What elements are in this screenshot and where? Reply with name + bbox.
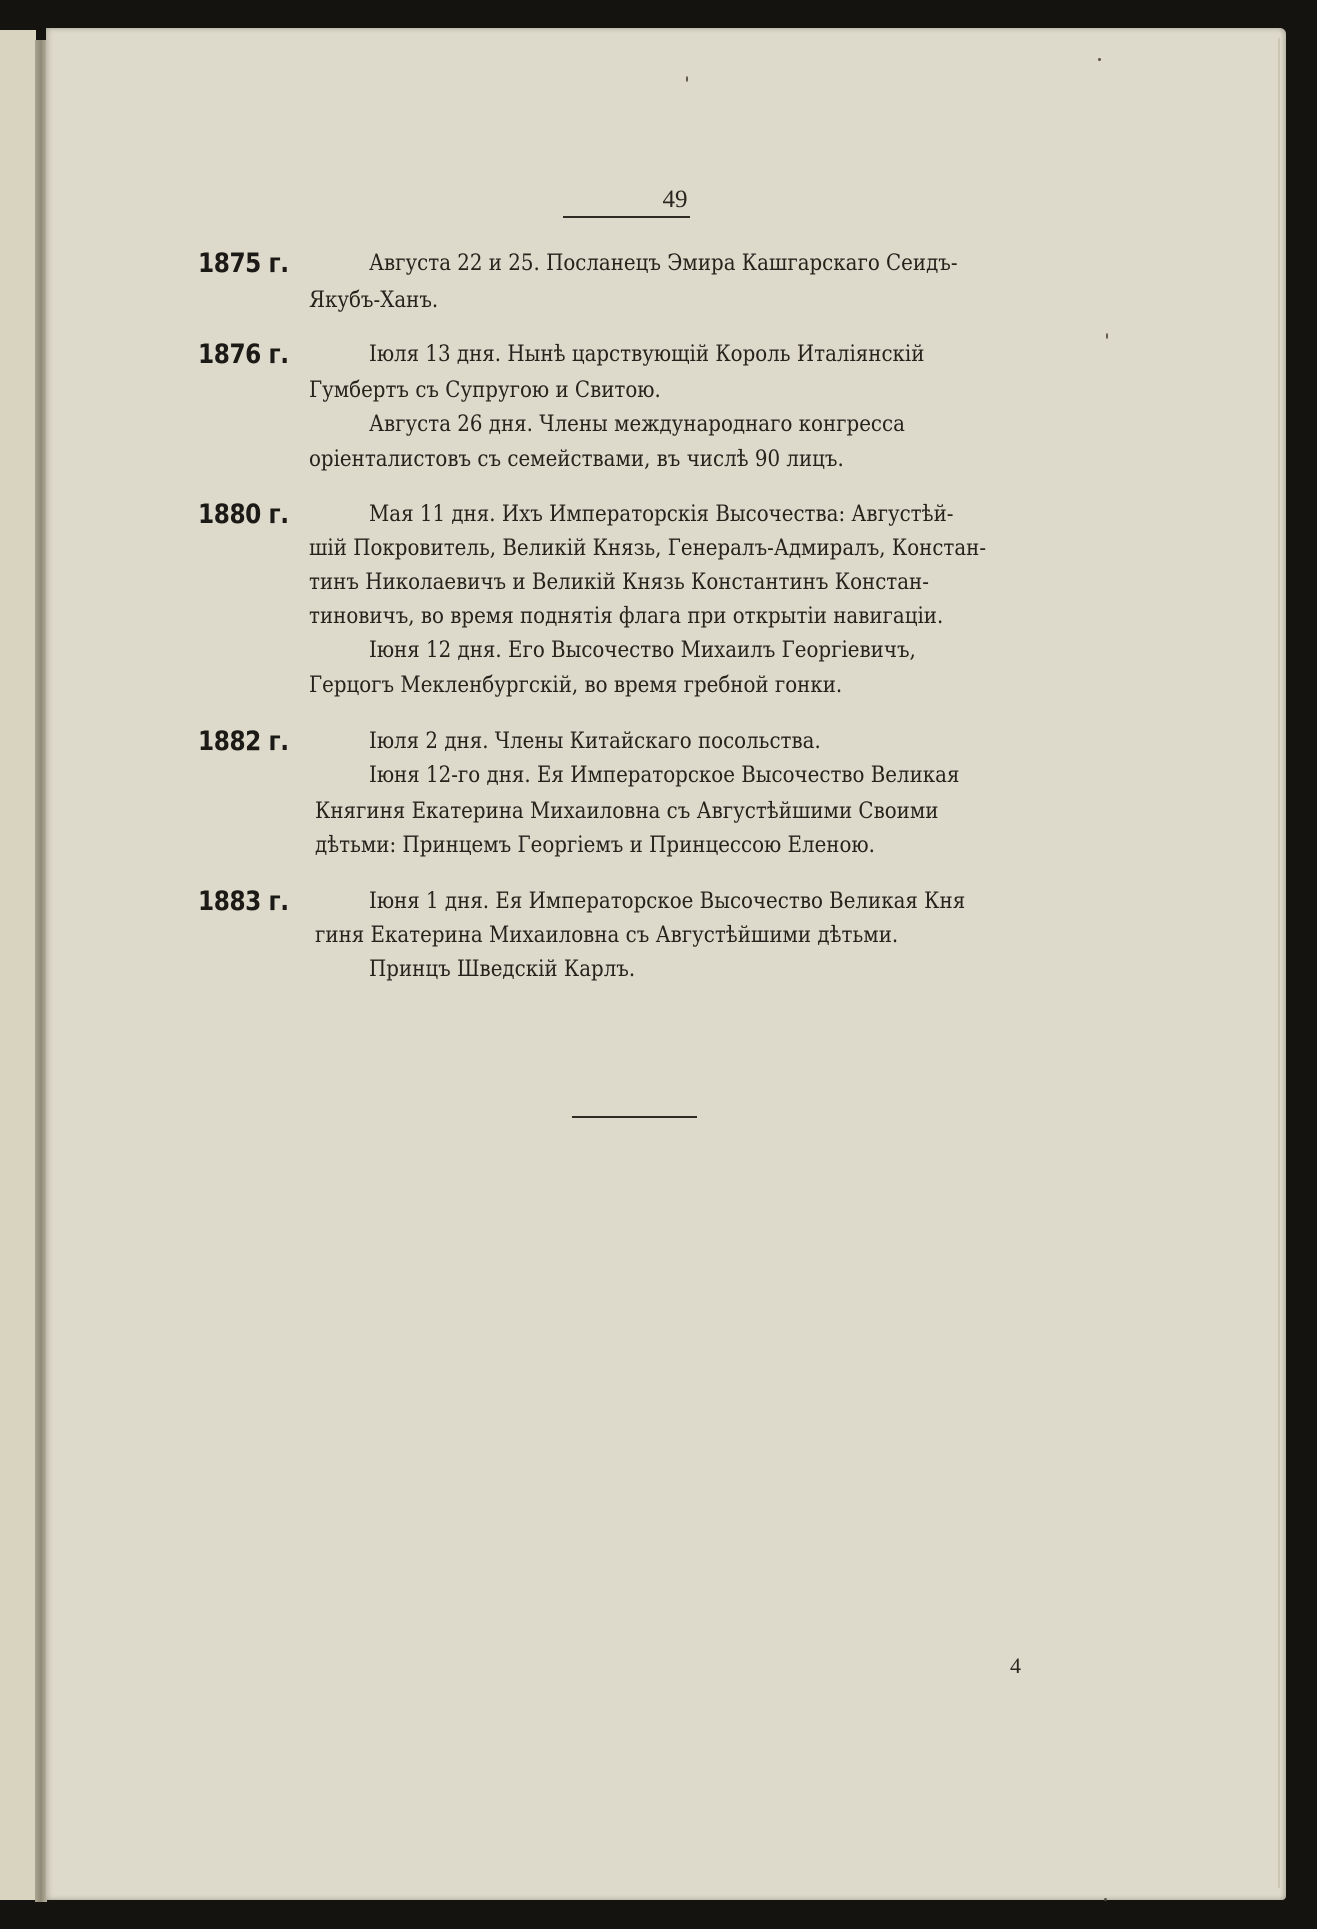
entry-year: 1876 г. bbox=[198, 339, 289, 370]
entry-line: Іюня 12 дня. Его Высочество Михаилъ Геор… bbox=[369, 637, 1053, 665]
paper-speck bbox=[1104, 1898, 1107, 1901]
entry-line: Мая 11 дня. Ихъ Императорскія Высочества… bbox=[369, 501, 1053, 529]
end-rule bbox=[572, 1116, 697, 1118]
entry-year: 1875 г. bbox=[198, 248, 289, 279]
entry-line: Іюля 13 дня. Нынѣ царствующій Король Ита… bbox=[369, 341, 1053, 369]
entry-line: гиня Екатерина Михаиловна съ Августѣйшим… bbox=[315, 922, 999, 950]
entry-line: оріенталистовъ съ семействами, въ числѣ … bbox=[309, 446, 993, 474]
entry-line: Августа 26 дня. Члены международнаго кон… bbox=[369, 411, 1053, 439]
paper-speck bbox=[686, 76, 688, 82]
entry-line: тинъ Николаевичъ и Великій Князь Констан… bbox=[309, 569, 993, 597]
entry-line: Іюня 12-го дня. Ея Императорское Высочес… bbox=[369, 762, 1053, 790]
page-number: 49 bbox=[612, 186, 738, 214]
entry-year: 1880 г. bbox=[198, 499, 289, 530]
paper-speck bbox=[1098, 58, 1101, 61]
facing-page-edge bbox=[0, 30, 36, 1900]
entry-line: Гумбертъ съ Супругою и Свитою. bbox=[309, 377, 993, 405]
entry-line: дѣтьми: Принцемъ Георгіемъ и Принцессою … bbox=[315, 832, 999, 860]
entry-line: Августа 22 и 25. Посланецъ Эмира Кашгарс… bbox=[369, 250, 1053, 278]
entry-line: Іюля 2 дня. Члены Китайскаго посольства. bbox=[369, 728, 1053, 756]
entry-line: Герцогъ Мекленбургскій, во время гребной… bbox=[309, 672, 993, 700]
entry-year: 1882 г. bbox=[198, 726, 289, 757]
book-page: 49 1875 г. Августа 22 и 25. Посланецъ Эм… bbox=[46, 28, 1286, 1900]
entry-year: 1883 г. bbox=[198, 886, 289, 917]
entry-line: Княгиня Екатерина Михаиловна съ Августѣй… bbox=[315, 798, 999, 826]
entry-line: Якубъ-Ханъ. bbox=[309, 287, 993, 315]
header-rule bbox=[563, 216, 690, 218]
entry-line: шій Покровитель, Великій Князь, Генералъ… bbox=[309, 535, 993, 563]
paper-speck bbox=[1106, 333, 1108, 339]
entry-line: тиновичъ, во время поднятія флага при от… bbox=[309, 603, 993, 631]
entry-line: Іюня 1 дня. Ея Императорское Высочество … bbox=[369, 888, 1053, 916]
entry-line: Принцъ Шведскій Карлъ. bbox=[369, 956, 1053, 984]
signature-mark: 4 bbox=[1010, 1653, 1021, 1679]
page-edge bbox=[1278, 38, 1280, 1888]
